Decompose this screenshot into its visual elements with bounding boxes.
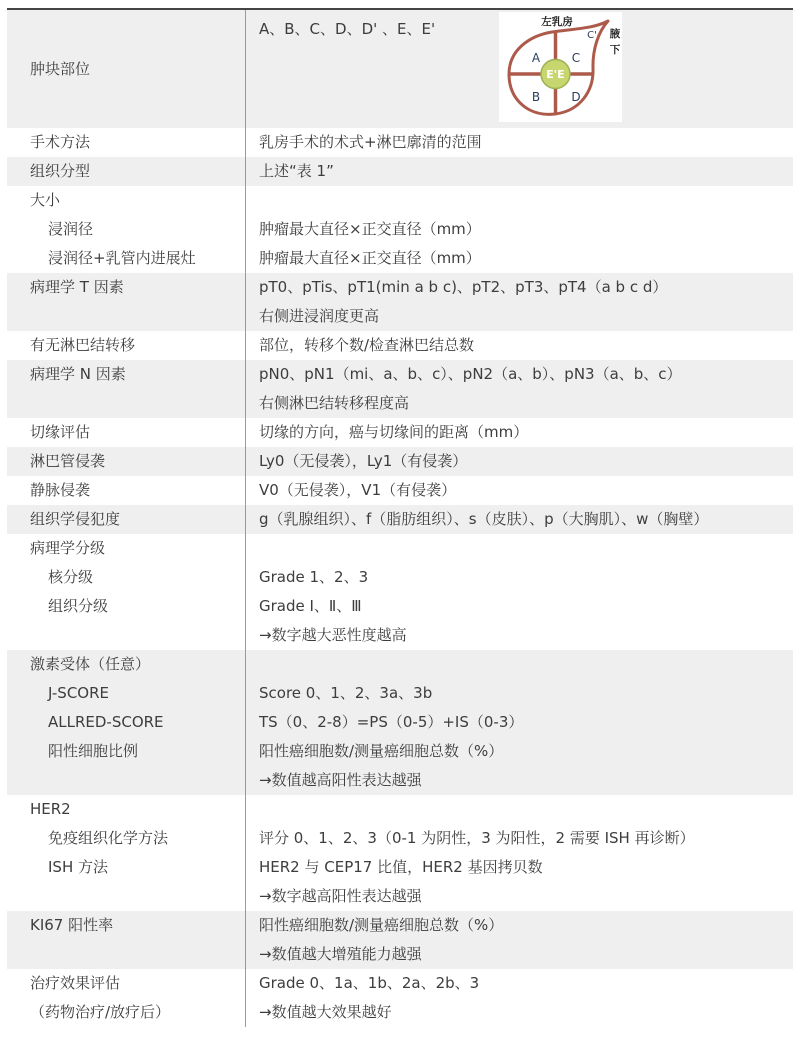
row-content-text: →数字越大恶性度越高: [259, 621, 793, 650]
row-content-column: 上述“表 1”: [245, 157, 793, 186]
table-row-ki67-positive-rate: KI67 阳性率阳性癌细胞数/测量癌细胞总数（%）→数值越大增殖能力越强: [7, 911, 793, 969]
row-content-column: 切缘的方向，癌与切缘间的距离（mm）: [245, 418, 793, 447]
row-content-text: TS（0、2-8）=PS（0-5）+IS（0-3）: [259, 708, 793, 737]
row-label-column: 有无淋巴结转移: [7, 331, 245, 360]
row-label-column: 组织学侵犯度: [7, 505, 245, 534]
row-label-text: KI67 阳性率: [30, 911, 245, 940]
row-content-text: 乳房手术的术式+淋巴廓清的范围: [259, 128, 793, 157]
row-content-text: Score 0、1、2、3a、3b: [259, 679, 793, 708]
table-row-pathology-t-factor: 病理学 T 因素pT0、pTis、pT1(min a b c)、pT2、pT3、…: [7, 273, 793, 331]
row-content-column: pT0、pTis、pT1(min a b c)、pT2、pT3、pT4（a b …: [245, 273, 793, 331]
row-label-text: [30, 882, 245, 911]
row-content-text: 右侧进浸润度更高: [259, 302, 793, 331]
table-row-treatment-effect: 治疗效果评估（药物治疗/放疗后）Grade 0、1a、1b、2a、2b、3→数值…: [7, 969, 793, 1027]
row-content-text: 部位，转移个数/检查淋巴结总数: [259, 331, 793, 360]
axilla-label-char2: 下: [610, 43, 621, 56]
row-label-text: 病理学 N 因素: [30, 360, 245, 389]
row-label-text: 核分级: [30, 563, 245, 592]
table-row-margin-assessment: 切缘评估切缘的方向，癌与切缘间的距离（mm）: [7, 418, 793, 447]
row-label-text: 组织分级: [30, 592, 245, 621]
row-label-text: 病理学分级: [30, 534, 245, 563]
row-label-column: 病理学 T 因素: [7, 273, 245, 331]
row-content-text: [259, 534, 793, 563]
row-label-text: 免疫组织化学方法: [30, 824, 245, 853]
row-label-text: [30, 940, 245, 969]
row-content-text: 右侧淋巴结转移程度高: [259, 389, 793, 418]
row-content-column: g（乳腺组织）、f（脂肪组织）、s（皮肤）、p（大胸肌）、w（胸壁）: [245, 505, 793, 534]
row-label-text: ALLRED-SCORE: [30, 708, 245, 737]
row-label-text: 组织分型: [30, 157, 245, 186]
region-d-label: D: [571, 90, 580, 104]
row-label-text: [30, 621, 245, 650]
region-c-label: C: [572, 51, 580, 65]
row-content-text: [259, 650, 793, 679]
row-label-text: 手术方法: [30, 128, 245, 157]
row-label-column: 淋巴管侵袭: [7, 447, 245, 476]
row-content-column: pN0、pN1（mi、a、b、c）、pN2（a、b）、pN3（a、b、c）右侧淋…: [245, 360, 793, 418]
row-content-text: →数字越高阳性表达越强: [259, 882, 793, 911]
row-content-column: Grade 0、1a、1b、2a、2b、3→数值越大效果越好: [245, 969, 793, 1027]
row-content-text: 阳性癌细胞数/测量癌细胞总数（%）: [259, 911, 793, 940]
row-content-column: 乳房手术的术式+淋巴廓清的范围: [245, 128, 793, 157]
region-b-label: B: [532, 90, 540, 104]
row-label-text: 阳性细胞比例: [30, 737, 245, 766]
row-content-text: 切缘的方向，癌与切缘间的距离（mm）: [259, 418, 793, 447]
row-label-column: 激素受体（任意）J-SCOREALLRED-SCORE阳性细胞比例: [7, 650, 245, 795]
row-content-column: 部位，转移个数/检查淋巴结总数: [245, 331, 793, 360]
row-content-text: →数值越大增殖能力越强: [259, 940, 793, 969]
row-content-text: V0（无侵袭），V1（有侵袭）: [259, 476, 793, 505]
row-content-text: 阳性癌细胞数/测量癌细胞总数（%）: [259, 737, 793, 766]
row-label-column: 病理学 N 因素: [7, 360, 245, 418]
table-row-surgery-method: 手术方法乳房手术的术式+淋巴廓清的范围: [7, 128, 793, 157]
row-content-text: Grade 1、2、3: [259, 563, 793, 592]
row-label-column: 病理学分级核分级组织分级: [7, 534, 245, 650]
region-c-prime-label: C': [587, 30, 597, 41]
table-row-tissue-type: 组织分型上述“表 1”: [7, 157, 793, 186]
table-row-tumor-site: 肿块部位A、B、C、D、D' 、E、E' 左乳房 E'E A C B D C' …: [7, 10, 793, 128]
row-label-text: 肿块部位: [30, 55, 90, 84]
row-label-text: [30, 302, 245, 331]
row-content-text: [259, 795, 793, 824]
table-row-size: 大小浸润径浸润径+乳管内进展灶肿瘤最大直径×正交直径（mm）肿瘤最大直径×正交直…: [7, 186, 793, 273]
row-content-text: HER2 与 CEP17 比值，HER2 基因拷贝数: [259, 853, 793, 882]
row-content-text: pN0、pN1（mi、a、b、c）、pN2（a、b）、pN3（a、b、c）: [259, 360, 793, 389]
row-content-text: 肿瘤最大直径×正交直径（mm）: [259, 215, 793, 244]
pathology-report-table: 肿块部位A、B、C、D、D' 、E、E' 左乳房 E'E A C B D C' …: [7, 8, 793, 1027]
row-content-text: →数值越高阳性表达越强: [259, 766, 793, 795]
row-label-column: 组织分型: [7, 157, 245, 186]
row-content-column: 阳性癌细胞数/测量癌细胞总数（%）→数值越大增殖能力越强: [245, 911, 793, 969]
region-a-label: A: [532, 51, 541, 65]
row-label-column: 切缘评估: [7, 418, 245, 447]
row-content-text: g（乳腺组织）、f（脂肪组织）、s（皮肤）、p（大胸肌）、w（胸壁）: [259, 505, 793, 534]
row-label-text: 治疗效果评估: [30, 969, 245, 998]
row-label-text: （药物治疗/放疗后）: [30, 998, 245, 1027]
row-label-column: 治疗效果评估（药物治疗/放疗后）: [7, 969, 245, 1027]
row-content-text: pT0、pTis、pT1(min a b c)、pT2、pT3、pT4（a b …: [259, 273, 793, 302]
row-label-text: 静脉侵袭: [30, 476, 245, 505]
table-row-her2: HER2免疫组织化学方法ISH 方法评分 0、1、2、3（0-1 为阴性，3 为…: [7, 795, 793, 911]
table-row-hormone-receptor: 激素受体（任意）J-SCOREALLRED-SCORE阳性细胞比例Score 0…: [7, 650, 793, 795]
row-content-column: Ly0（无侵袭），Ly1（有侵袭）: [245, 447, 793, 476]
row-content-text: Grade Ⅰ、Ⅱ、Ⅲ: [259, 592, 793, 621]
row-content-column: Grade 1、2、3Grade Ⅰ、Ⅱ、Ⅲ→数字越大恶性度越高: [245, 534, 793, 650]
row-label-column: 手术方法: [7, 128, 245, 157]
row-label-text: 大小: [30, 186, 245, 215]
row-content-text: 上述“表 1”: [259, 157, 793, 186]
row-label-text: 浸润径+乳管内进展灶: [30, 244, 245, 273]
row-label-column: 肿块部位: [7, 10, 245, 128]
diagram-title: 左乳房: [541, 15, 573, 28]
row-label-column: KI67 阳性率: [7, 911, 245, 969]
center-e-region: E'E: [541, 60, 570, 89]
row-content-column: A、B、C、D、D' 、E、E' 左乳房 E'E A C B D C' 腋 下: [245, 10, 793, 128]
center-label: E'E: [546, 68, 564, 81]
row-content-column: 评分 0、1、2、3（0-1 为阴性，3 为阳性，2 需要 ISH 再诊断）HE…: [245, 795, 793, 911]
row-content-text: Ly0（无侵袭），Ly1（有侵袭）: [259, 447, 793, 476]
table-row-venous-invasion: 静脉侵袭V0（无侵袭），V1（有侵袭）: [7, 476, 793, 505]
row-label-text: J-SCORE: [30, 679, 245, 708]
row-content-text: Grade 0、1a、1b、2a、2b、3: [259, 969, 793, 998]
row-label-text: 激素受体（任意）: [30, 650, 245, 679]
table-row-lymph-node-metastasis: 有无淋巴结转移部位，转移个数/检查淋巴结总数: [7, 331, 793, 360]
row-label-text: 有无淋巴结转移: [30, 331, 245, 360]
row-label-text: HER2: [30, 795, 245, 824]
row-content-text: →数值越大效果越好: [259, 998, 793, 1027]
axilla-label-char1: 腋: [610, 27, 621, 40]
row-content-text: 评分 0、1、2、3（0-1 为阴性，3 为阳性，2 需要 ISH 再诊断）: [259, 824, 793, 853]
row-label-text: 淋巴管侵袭: [30, 447, 245, 476]
table-row-lymphatic-invasion: 淋巴管侵袭Ly0（无侵袭），Ly1（有侵袭）: [7, 447, 793, 476]
row-label-column: HER2免疫组织化学方法ISH 方法: [7, 795, 245, 911]
table-row-pathology-n-factor: 病理学 N 因素pN0、pN1（mi、a、b、c）、pN2（a、b）、pN3（a…: [7, 360, 793, 418]
row-label-text: 组织学侵犯度: [30, 505, 245, 534]
row-content-column: 肿瘤最大直径×正交直径（mm）肿瘤最大直径×正交直径（mm）: [245, 186, 793, 273]
row-label-column: 大小浸润径浸润径+乳管内进展灶: [7, 186, 245, 273]
row-content-text: 肿瘤最大直径×正交直径（mm）: [259, 244, 793, 273]
row-label-text: [30, 766, 245, 795]
row-content-column: V0（无侵袭），V1（有侵袭）: [245, 476, 793, 505]
row-label-text: 切缘评估: [30, 418, 245, 447]
row-label-text: [30, 389, 245, 418]
row-label-column: 静脉侵袭: [7, 476, 245, 505]
row-label-text: 浸润径: [30, 215, 245, 244]
breast-region-diagram: 左乳房 E'E A C B D C' 腋 下: [499, 12, 622, 122]
row-label-text: ISH 方法: [30, 853, 245, 882]
table-row-histologic-invasion: 组织学侵犯度g（乳腺组织）、f（脂肪组织）、s（皮肤）、p（大胸肌）、w（胸壁）: [7, 505, 793, 534]
row-content-column: Score 0、1、2、3a、3bTS（0、2-8）=PS（0-5）+IS（0-…: [245, 650, 793, 795]
row-content-text: [259, 186, 793, 215]
row-label-text: 病理学 T 因素: [30, 273, 245, 302]
table-row-pathologic-grade: 病理学分级核分级组织分级Grade 1、2、3Grade Ⅰ、Ⅱ、Ⅲ→数字越大恶…: [7, 534, 793, 650]
